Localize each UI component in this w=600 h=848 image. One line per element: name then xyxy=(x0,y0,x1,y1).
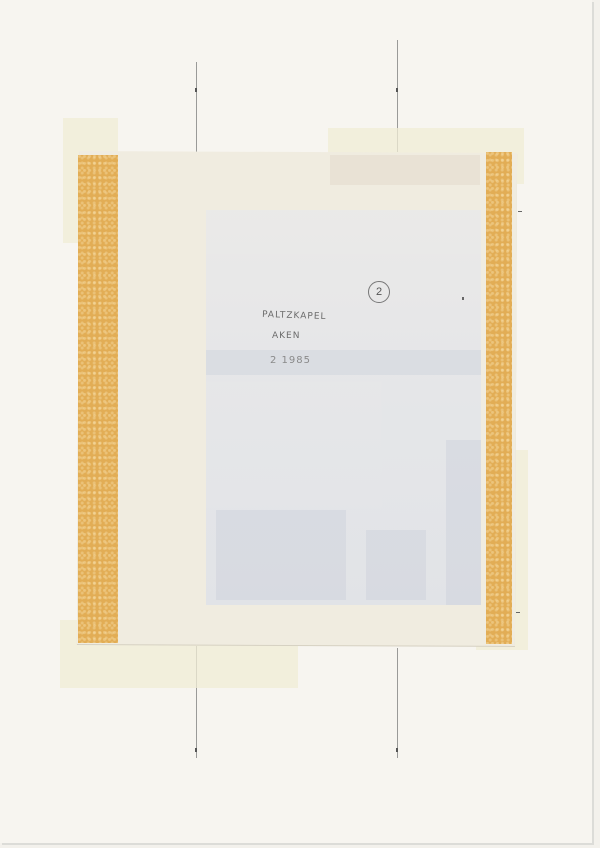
guide-line-left-top xyxy=(196,62,197,154)
ghost-shape xyxy=(216,510,346,600)
pencil-mark xyxy=(462,297,464,300)
guide-tick xyxy=(195,88,197,92)
mount-board: 2 PALTZKAPEL AKEN 2 1985 xyxy=(0,0,592,843)
pencil-mark xyxy=(518,211,522,212)
pencil-mark xyxy=(516,612,520,613)
ghost-shape xyxy=(446,440,481,605)
tape-strip-left xyxy=(78,155,118,643)
hinge-tape-over-top xyxy=(330,155,480,185)
tape-strip-right xyxy=(486,152,512,644)
circled-number: 2 xyxy=(368,281,390,303)
ghost-shape xyxy=(206,350,481,375)
guide-line-right-bottom xyxy=(397,648,398,758)
guide-tick xyxy=(396,748,398,752)
guide-tick xyxy=(396,88,398,92)
guide-tick xyxy=(195,748,197,752)
annotation-date: 2 1985 xyxy=(270,355,311,366)
annotation-city: AKEN xyxy=(272,331,300,341)
print-image-showthrough xyxy=(206,210,481,605)
ghost-shape xyxy=(366,530,426,600)
